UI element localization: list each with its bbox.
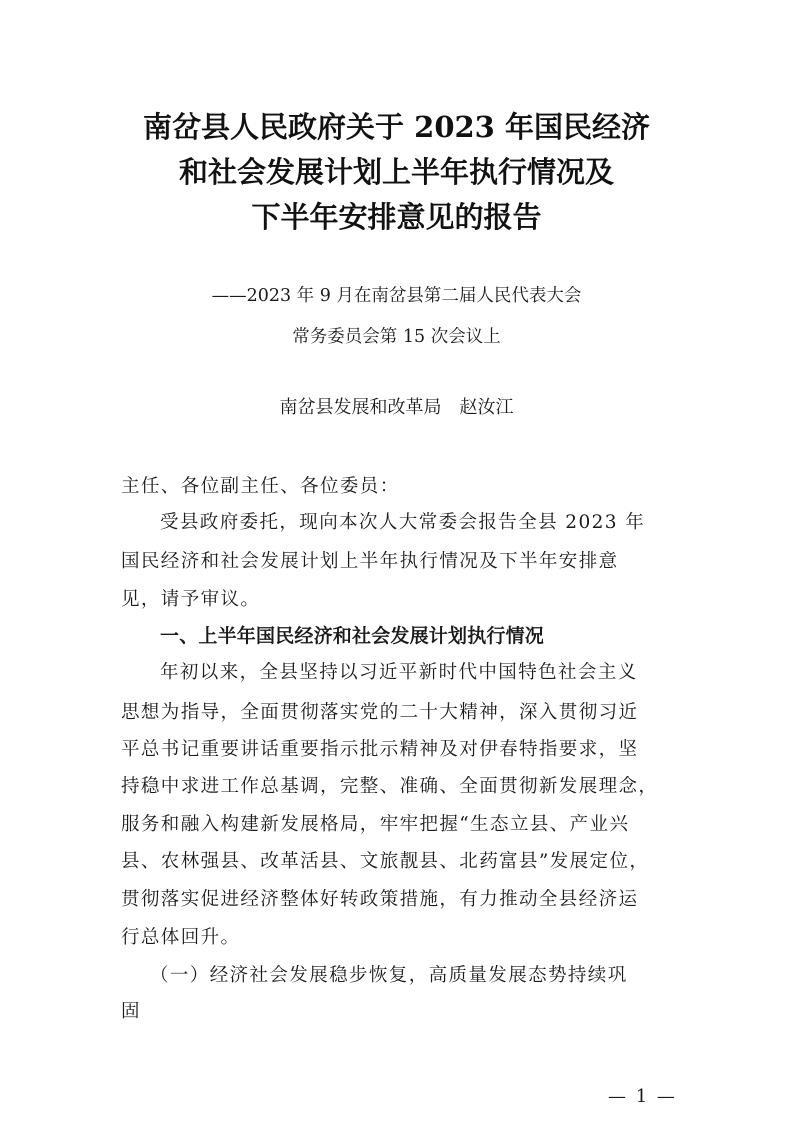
body-line-6: 县、农林强县、改革活县、文旅靓县、北药富县”发展定位， xyxy=(121,850,681,874)
page-number: — 1 — xyxy=(608,1085,677,1109)
subsection-heading-line-1: （一）经济社会发展稳步恢复，高质量发展态势持续巩 xyxy=(150,964,681,988)
body-line-1: 年初以来，全县坚持以习近平新时代中国特色社会主义 xyxy=(160,661,680,685)
intro-line-3: 见，请予审议。 xyxy=(121,588,681,612)
salutation: 主任、各位副主任、各位委员： xyxy=(121,475,681,499)
author-line: 南岔县发展和改革局 赵汝江 xyxy=(0,397,793,419)
title-line-2: 和社会发展计划上半年执行情况及 xyxy=(0,155,793,189)
body-line-4: 持稳中求进工作总基调，完整、准确、全面贯彻新发展理念， xyxy=(121,775,681,799)
section-heading-1: 一、上半年国民经济和社会发展计划执行情况 xyxy=(160,624,680,648)
body-line-5: 服务和融入构建新发展格局，牢牢把握“生态立县、产业兴 xyxy=(121,813,681,837)
title-line-1: 南岔县人民政府关于 2023 年国民经济 xyxy=(0,110,793,144)
body-line-8: 行总体回升。 xyxy=(121,926,681,950)
subtitle-line-1: ——2023 年 9 月在南岔县第二届人民代表大会 xyxy=(0,285,793,307)
intro-line-2: 国民经济和社会发展计划上半年执行情况及下半年安排意 xyxy=(121,550,681,574)
body-line-2: 思想为指导，全面贯彻落实党的二十大精神，深入贯彻习近 xyxy=(121,701,681,725)
subsection-heading-line-2: 固 xyxy=(121,1000,681,1024)
subtitle-line-2: 常务委员会第 15 次会议上 xyxy=(0,326,793,348)
intro-line-1: 受县政府委托，现向本次人大常委会报告全县 2023 年 xyxy=(160,511,680,535)
body-line-7: 贯彻落实促进经济整体好转政策措施，有力推动全县经济运 xyxy=(121,888,681,912)
title-line-3: 下半年安排意见的报告 xyxy=(0,200,793,234)
body-line-3: 平总书记重要讲话重要指示批示精神及对伊春特指要求，坚 xyxy=(121,738,681,762)
